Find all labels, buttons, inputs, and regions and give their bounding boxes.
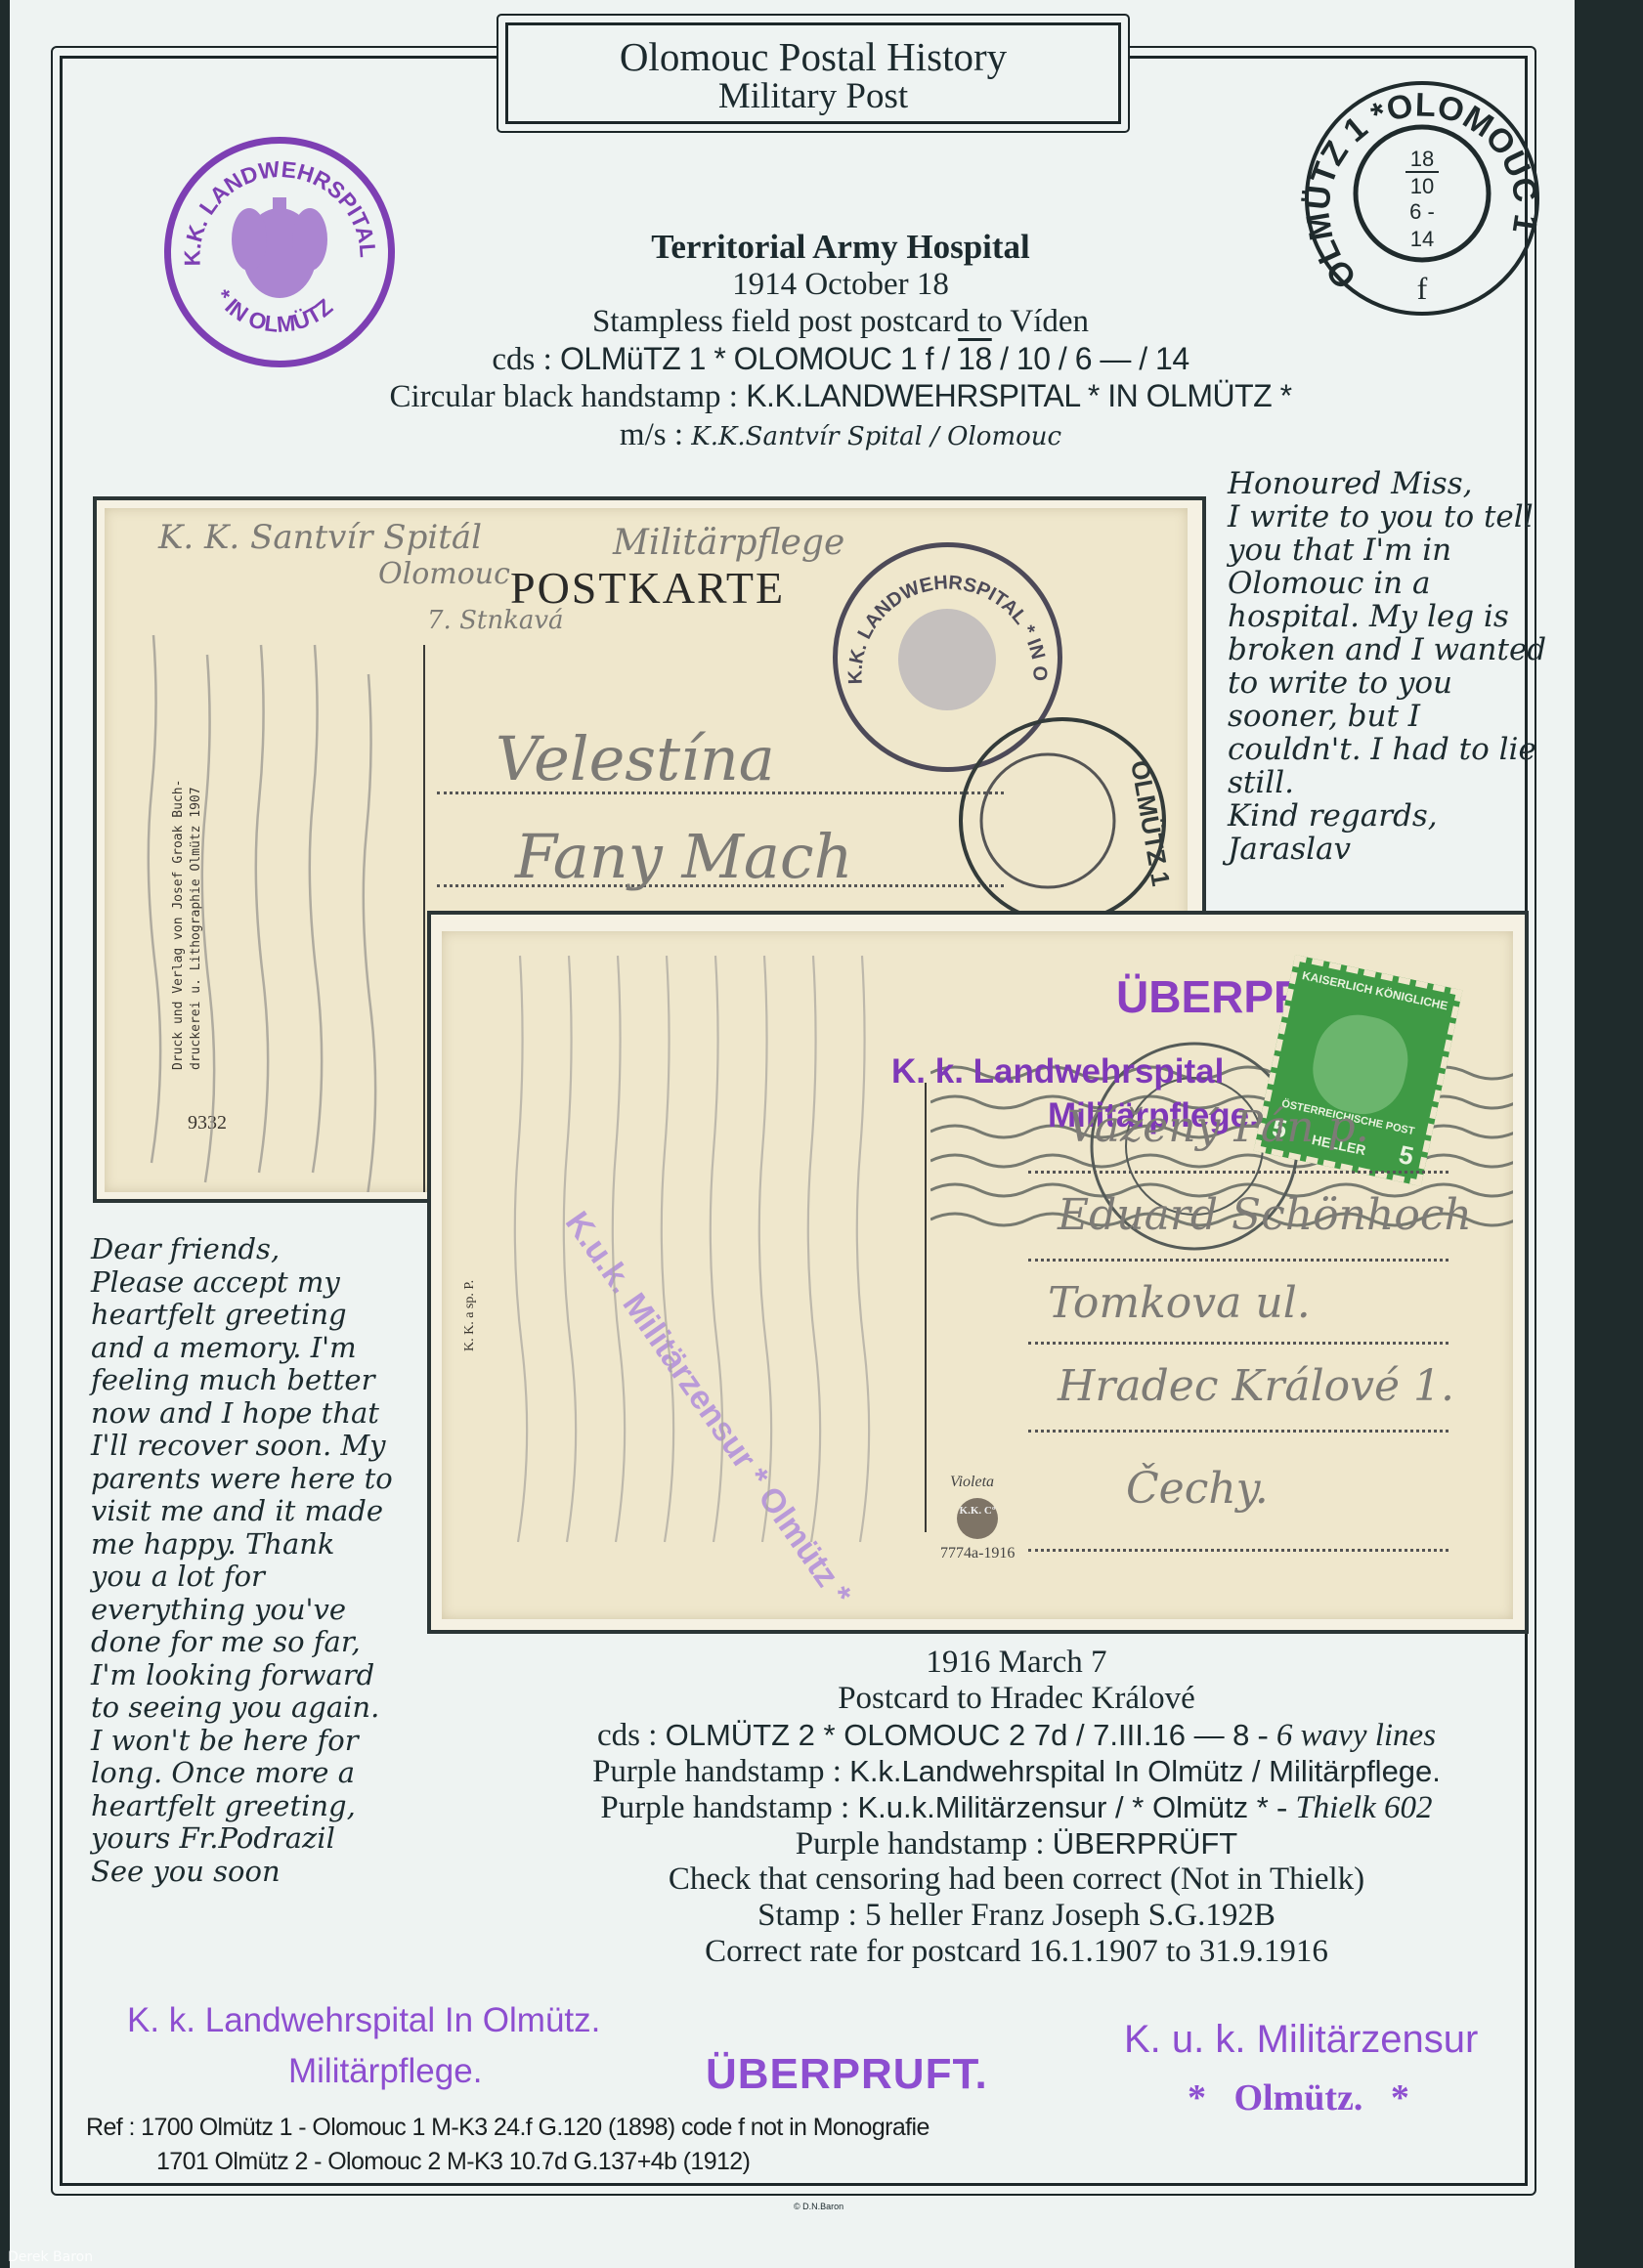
item2-date: 1916 March 7	[430, 1645, 1603, 1681]
letter-translation-1-line: couldn't. I had to lie	[1228, 733, 1579, 766]
item2-cds-line: cds : OLMÜTZ 2 * OLOMOUC 2 7d / 7.III.16…	[430, 1717, 1603, 1754]
letter-translation-1-line: Kind regards,	[1228, 799, 1579, 833]
card1-ms-militarpflege: Militärpflege	[613, 523, 844, 563]
item1-cds-line: cds : OLMüTZ 1 * OLOMOUC 1 f / 18 / 10 /…	[254, 341, 1427, 378]
letter-translation-2-line: done for me so far,	[91, 1626, 433, 1659]
card1-divider	[423, 645, 425, 1192]
repro-landwehrspital-line1: K. k. Landwehrspital In Olmütz.	[127, 2001, 600, 2040]
album-edge-left	[0, 0, 10, 2268]
repro-censor-line2: * Olmütz. *	[1188, 2076, 1409, 2119]
item1-manuscript-line: m/s : K.K.Santvír Spital / Olomouc	[254, 417, 1427, 453]
svg-text:10: 10	[1410, 174, 1434, 198]
card1-handwriting	[124, 616, 417, 1192]
letter-translation-2-line: I won't be here for	[91, 1725, 433, 1758]
letter-translation-2-line: Dear friends,	[91, 1233, 433, 1266]
letter-translation-1-line: hospital. My leg is	[1228, 600, 1579, 633]
item2-handstamp-3: Purple handstamp : ÜBERPRÜFT	[430, 1825, 1603, 1862]
letter-translation-2-line: visit me and it made	[91, 1495, 433, 1528]
card2-landwehrspital-handstamp: K. k. Landwehrspital	[891, 1053, 1224, 1091]
item1-heading: Territorial Army Hospital	[254, 228, 1427, 267]
letter-translation-1-line: Jaraslav	[1228, 833, 1579, 866]
item2-stamp-line: Stamp : 5 heller Franz Joseph S.G.192B	[430, 1898, 1603, 1934]
card1-cds-postmark: OLMÜTZ 1	[955, 704, 1170, 938]
letter-translation-1-line: I write to you to tell	[1228, 500, 1579, 534]
letter-translation-1-line: broken and I wanted	[1228, 633, 1579, 666]
item2-handstamp-1: Purple handstamp : K.k.Landwehrspital In…	[430, 1753, 1603, 1790]
letter-translation-1-line: to write to you	[1228, 666, 1579, 700]
letter-translation-2-line: to seeing you again.	[91, 1691, 433, 1725]
letter-translation-2-line: you a lot for	[91, 1561, 433, 1594]
reference-line-1: Ref : 1700 Olmütz 1 - Olomouc 1 M-K3 24.…	[86, 2114, 930, 2142]
svg-text:6 -: 6 -	[1409, 199, 1435, 224]
letter-translation-1-line: you that I'm in	[1228, 534, 1579, 567]
letter-translation-1: Honoured Miss,I write to you to tellyou …	[1228, 467, 1579, 866]
svg-text:18: 18	[1410, 147, 1434, 171]
letter-translation-2-line: heartfelt greeting,	[91, 1790, 433, 1823]
card1-address-2: Fany Mach	[515, 821, 853, 892]
letter-translation-2-line: everything you've	[91, 1594, 433, 1627]
letter-translation-2-line: now and I hope that	[91, 1397, 433, 1431]
card2-handwriting	[481, 946, 921, 1610]
letter-translation-2-line: long. Once more a	[91, 1757, 433, 1790]
reference-line-2: 1701 Olmütz 2 - Olomouc 2 M-K3 10.7d G.1…	[156, 2148, 750, 2176]
card1-ms-sender: K. K. Santvír Spitál	[158, 518, 482, 557]
card2-violeta-label: Violeta	[950, 1474, 994, 1491]
page-title: Olomouc Postal History	[508, 35, 1118, 78]
card2-number: 7774a-1916	[940, 1545, 1015, 1562]
letter-translation-2-line: I'll recover soon. My	[91, 1430, 433, 1463]
item1-handstamp-line: Circular black handstamp : K.K.LANDWEHRS…	[254, 378, 1427, 415]
letter-translation-1-line: Olomouc in a	[1228, 567, 1579, 600]
letter-translation-2-line: heartfelt greeting	[91, 1299, 433, 1332]
letter-translation-2-line: I'm looking forward	[91, 1659, 433, 1692]
letter-translation-2-line: me happy. Thank	[91, 1528, 433, 1562]
repro-censor-line1: K. u. k. Militärzensur	[1124, 2018, 1478, 2062]
item2-description: Postcard to Hradec Králové	[430, 1681, 1603, 1717]
address-line: Vážený Pán p.	[1067, 1102, 1369, 1152]
page-subtitle: Military Post	[508, 78, 1118, 115]
item1-description: Stampless field post postcard to Víden	[254, 304, 1427, 340]
letter-translation-2-line: feeling much better	[91, 1364, 433, 1397]
repro-landwehrspital-line2: Militärpflege.	[288, 2052, 482, 2091]
card1-address-1: Velestína	[496, 723, 775, 794]
item2-check-note: Check that censoring had been correct (N…	[430, 1861, 1603, 1898]
letter-translation-2: Dear friends,Please accept myheartfelt g…	[91, 1233, 433, 1888]
repro-uberpruft: ÜBERPRUFT.	[706, 2050, 988, 2099]
letter-translation-1-line: still.	[1228, 766, 1579, 799]
letter-translation-2-line: See you soon	[91, 1856, 433, 1889]
svg-text:OLMÜTZ 1: OLMÜTZ 1	[1125, 758, 1170, 888]
kk-publisher-logo: K.K. Cº	[957, 1498, 998, 1539]
letter-translation-1-line: sooner, but I	[1228, 700, 1579, 733]
address-line: Hradec Králové 1.	[1058, 1361, 1454, 1411]
address-line: Tomkova ul.	[1048, 1278, 1311, 1328]
card2-publisher: K. K. a sp. P.	[461, 1280, 479, 1351]
letter-translation-2-line: yours Fr.Podrazil	[91, 1822, 433, 1856]
letter-translation-2-line: and a memory. I'm	[91, 1332, 433, 1365]
letter-translation-2-line: parents were here to	[91, 1463, 433, 1496]
item2-rate-note: Correct rate for postcard 16.1.1907 to 3…	[430, 1934, 1603, 1970]
address-line: Eduard Schönhoch	[1058, 1190, 1472, 1240]
copyright-notice: © D.N.Baron	[794, 2202, 843, 2211]
postcard-1916: ÜBERPRÜFT K. k. Landwehrspital Militärpf…	[442, 931, 1513, 1619]
item1-date: 1914 October 18	[254, 267, 1427, 303]
watermark: Derek Baron	[8, 2249, 93, 2265]
title-box: Olomouc Postal History Military Post	[497, 14, 1130, 133]
letter-translation-1-line: Honoured Miss,	[1228, 467, 1579, 500]
card2-divider	[925, 1083, 927, 1532]
item2-handstamp-2: Purple handstamp : K.u.k.Militärzensur /…	[430, 1789, 1603, 1826]
address-line: Čechy.	[1126, 1464, 1269, 1514]
letter-translation-2-line: Please accept my	[91, 1266, 433, 1300]
